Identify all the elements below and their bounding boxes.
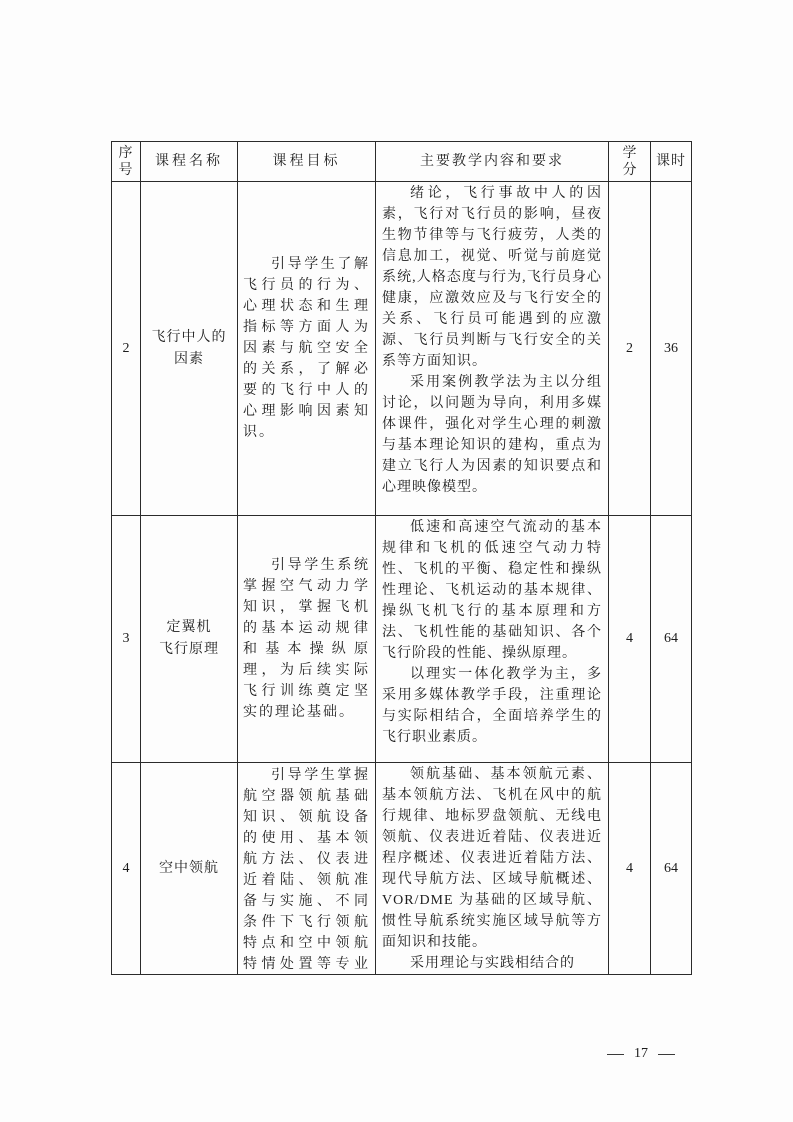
page-number: 17 [634, 1044, 648, 1064]
cell-credits: 2 [609, 182, 651, 516]
cell-course-name: 定翼机 飞行原理 [141, 516, 238, 763]
cell-class-hours: 64 [651, 763, 692, 975]
table-row-course-3: 3 定翼机 飞行原理 引导学生系统掌握空气动力学知识，掌握飞机的基本运动规律和基… [112, 516, 692, 763]
cell-course-number: 4 [112, 763, 141, 975]
table-row-course-2: 2 飞行中人的 因素 引导学生了解飞行员的行为、心理状态和生理指标等方面人为因素… [112, 182, 692, 516]
table-header-row: 序号 课程名称 课程目标 主要教学内容和要求 学 分 课时 [112, 142, 692, 182]
objective-paragraph: 引导学生掌握航空器领航基础知识、领航设备的使用、基本领航方法、仪表进近着陆、领航… [243, 765, 370, 972]
cell-course-name: 空中领航 [141, 763, 238, 975]
cell-teaching-content: 低速和高速空气流动的基本规律和飞机的低速空气动力特性、飞机的平衡、稳定性和操纵性… [376, 516, 609, 763]
cell-course-number: 2 [112, 182, 141, 516]
course-table: 序号 课程名称 课程目标 主要教学内容和要求 学 分 课时 2 飞行中人的 因素… [111, 141, 692, 975]
cell-course-objective: 引导学生系统掌握空气动力学知识，掌握飞机的基本运动规律和基本操纵原理，为后续实际… [238, 516, 376, 763]
objective-paragraph: 引导学生了解飞行员的行为、心理状态和生理指标等方面人为因素与航空安全的关系，了解… [243, 254, 370, 443]
header-teaching-content: 主要教学内容和要求 [376, 142, 609, 182]
cell-credits: 4 [609, 763, 651, 975]
cell-teaching-content: 绪论，飞行事故中人的因素，飞行对飞行员的影响，昼夜生物节律等与飞行疲劳，人类的信… [376, 182, 609, 516]
content-paragraph: 采用案例教学法为主以分组讨论，以问题为导向，利用多媒体课件，强化对学生心理的刺激… [382, 372, 602, 498]
page-footer: 17 [600, 1044, 682, 1064]
document-page: 序号 课程名称 课程目标 主要教学内容和要求 学 分 课时 2 飞行中人的 因素… [0, 0, 793, 1122]
cell-course-objective: 引导学生掌握航空器领航基础知识、领航设备的使用、基本领航方法、仪表进近着陆、领航… [238, 763, 376, 975]
content-paragraph: 采用理论与实践相结合的 [382, 953, 602, 971]
content-paragraph: 低速和高速空气流动的基本规律和飞机的低速空气动力特性、飞机的平衡、稳定性和操纵性… [382, 517, 602, 664]
content-paragraph: 绪论，飞行事故中人的因素，飞行对飞行员的影响，昼夜生物节律等与飞行疲劳，人类的信… [382, 183, 602, 372]
table-row-course-4: 4 空中领航 引导学生掌握航空器领航基础知识、领航设备的使用、基本领航方法、仪表… [112, 763, 692, 975]
header-course-name: 课程名称 [141, 142, 238, 182]
objective-paragraph: 引导学生系统掌握空气动力学知识，掌握飞机的基本运动规律和基本操纵原理，为后续实际… [243, 555, 370, 723]
header-credits: 学 分 [609, 142, 651, 182]
header-class-hours: 课时 [651, 142, 692, 182]
cell-class-hours: 64 [651, 516, 692, 763]
cell-class-hours: 36 [651, 182, 692, 516]
cell-course-number: 3 [112, 516, 141, 763]
cell-teaching-content: 领航基础、基本领航元素、基本领航方法、飞机在风中的航行规律、地标罗盘领航、无线电… [376, 763, 609, 975]
footer-dash-right [658, 1054, 675, 1055]
cell-credits: 4 [609, 516, 651, 763]
header-no: 序号 [112, 142, 141, 182]
content-paragraph: 领航基础、基本领航元素、基本领航方法、飞机在风中的航行规律、地标罗盘领航、无线电… [382, 764, 602, 953]
content-paragraph: 以理实一体化教学为主，多采用多媒体教学手段，注重理论与实际相结合，全面培养学生的… [382, 664, 602, 748]
cell-course-objective: 引导学生了解飞行员的行为、心理状态和生理指标等方面人为因素与航空安全的关系，了解… [238, 182, 376, 516]
cell-course-name: 飞行中人的 因素 [141, 182, 238, 516]
header-course-objective: 课程目标 [238, 142, 376, 182]
footer-dash-left [607, 1054, 624, 1055]
